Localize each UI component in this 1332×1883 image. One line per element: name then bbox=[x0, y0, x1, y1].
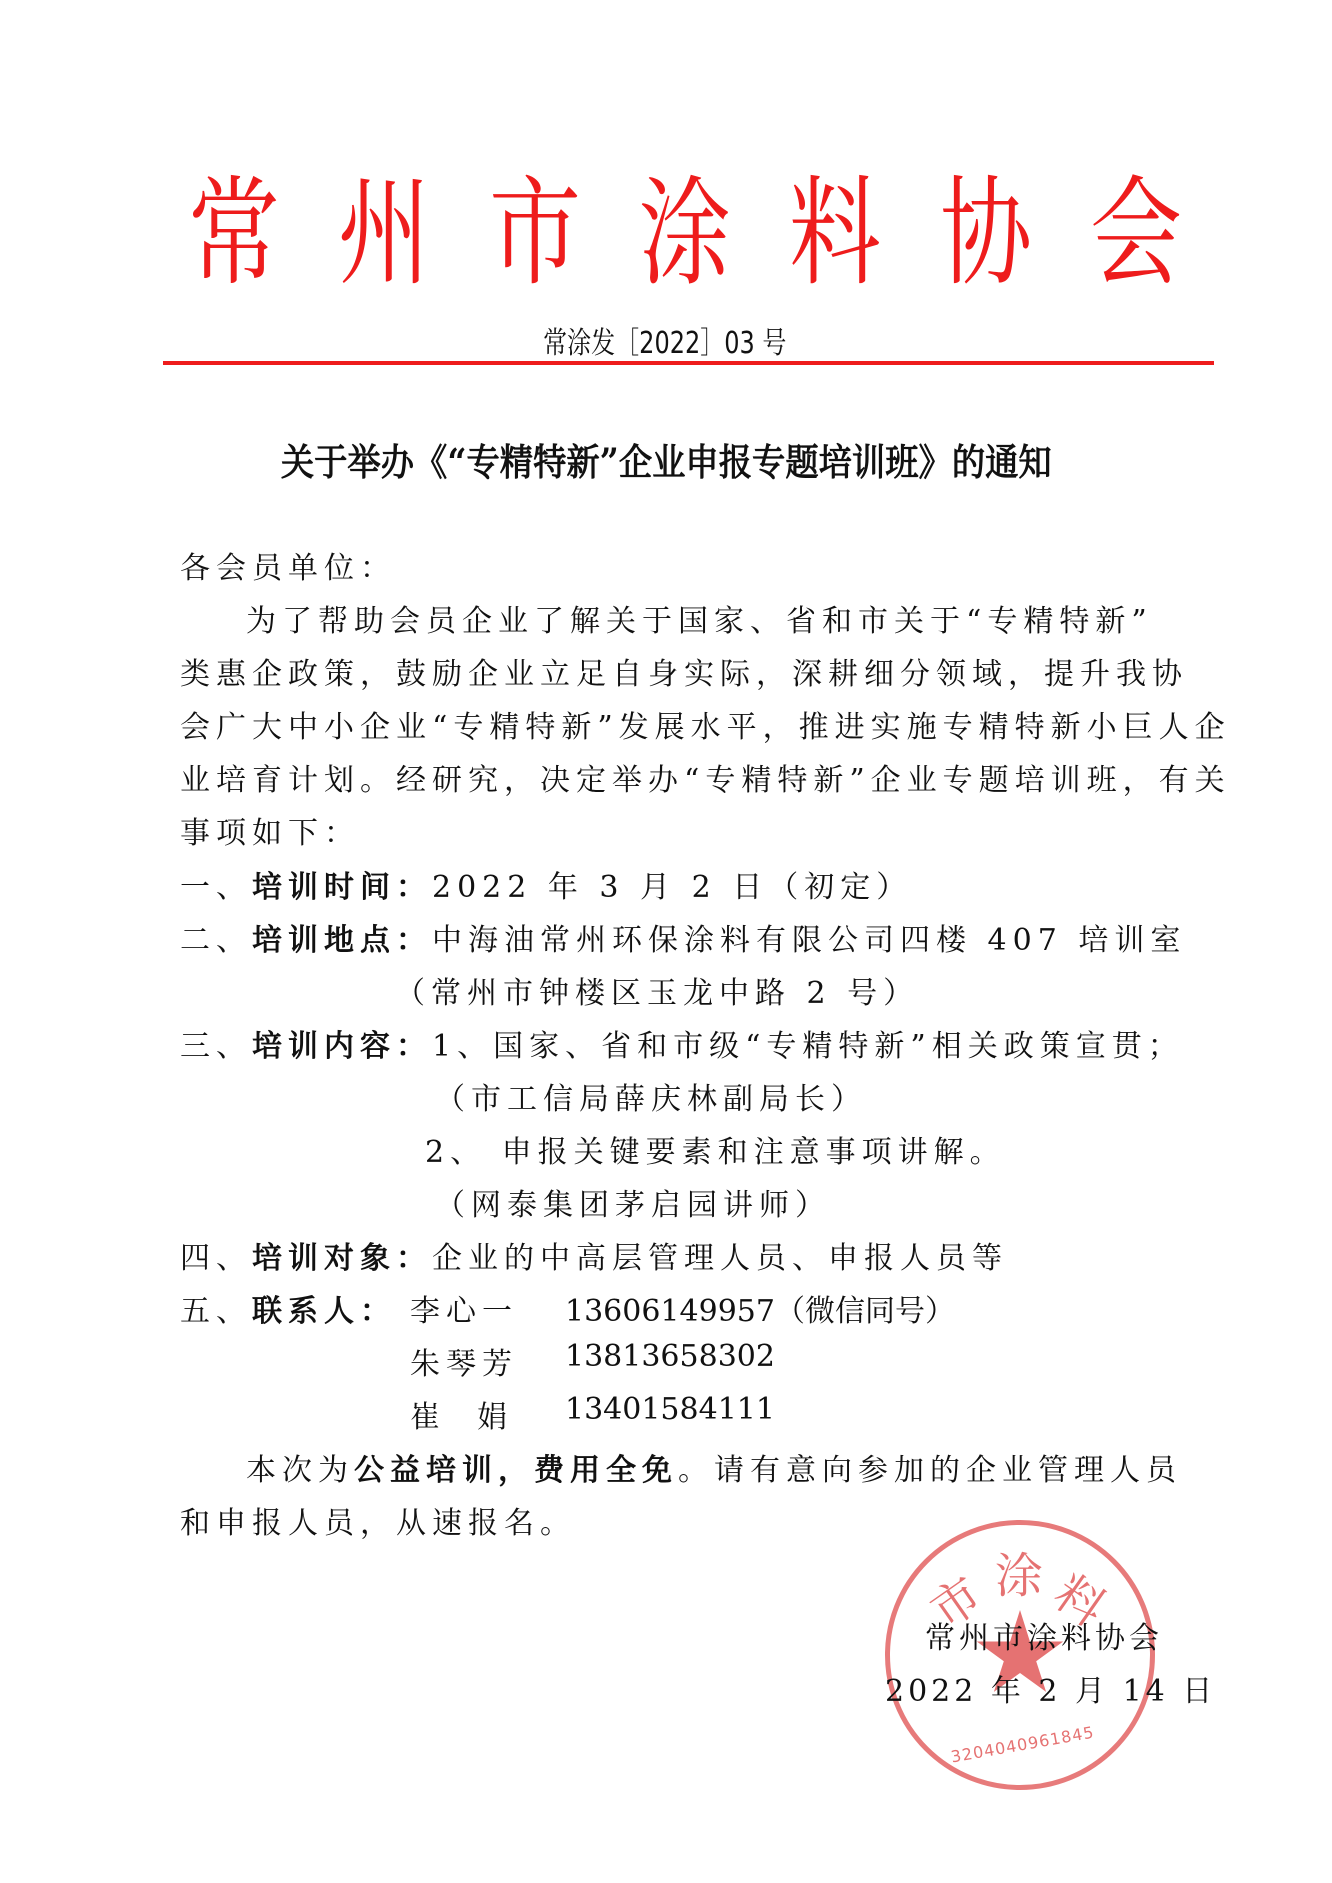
masthead-char: 协 bbox=[940, 174, 1032, 292]
item-prefix: 二、 bbox=[180, 923, 252, 958]
item-label: 培训地点： bbox=[252, 923, 432, 958]
closing-line: 本次为公益培训，费用全免。请有意向参加的企业管理人员 bbox=[246, 1445, 1182, 1489]
closing-line: 和申报人员，从速报名。 bbox=[180, 1498, 576, 1542]
contact-phone: 13606149957（微信同号） bbox=[565, 1286, 955, 1330]
item-place: 二、培训地点：中海油常州环保涂料有限公司四楼 407 培训室 bbox=[180, 915, 1186, 959]
item-label: 培训内容： bbox=[252, 1029, 432, 1064]
signature-date: 2022 年 2 月 14 日 bbox=[885, 1666, 1216, 1710]
item-value: 2022 年 3 月 2 日（初定） bbox=[432, 870, 912, 905]
content-speaker: （网泰集团茅启园讲师） bbox=[435, 1180, 831, 1224]
closing-emphasis: 公益培训，费用全免 bbox=[354, 1453, 678, 1488]
contact-phone: 13813658302 bbox=[565, 1339, 775, 1374]
item-prefix: 一、 bbox=[180, 870, 252, 905]
content-entry: 2、 申报关键要素和注意事项讲解。 bbox=[425, 1127, 1006, 1171]
item-prefix: 三、 bbox=[180, 1029, 252, 1064]
item-label: 培训时间： bbox=[252, 870, 432, 905]
notice-title: 关于举办《“专精特新”企业申报专题培训班》的通知 bbox=[0, 432, 1332, 486]
intro-line: 事项如下： bbox=[180, 808, 360, 852]
org-masthead: 常 州 市 涂 料 协 会 bbox=[175, 165, 1195, 300]
masthead-char: 料 bbox=[789, 174, 881, 292]
item-contacts: 五、联系人： bbox=[180, 1286, 396, 1330]
signature-org: 常州市涂料协会 bbox=[925, 1613, 1163, 1657]
salutation: 各会员单位： bbox=[180, 543, 396, 587]
intro-line: 类惠企政策，鼓励企业立足自身实际，深耕细分领域，提升我协 bbox=[180, 649, 1188, 693]
masthead-char: 常 bbox=[188, 174, 280, 292]
masthead-char: 市 bbox=[489, 174, 581, 292]
contact-name: 朱琴芳 bbox=[410, 1339, 518, 1383]
masthead-char: 涂 bbox=[639, 174, 731, 292]
item-time: 一、培训时间：2022 年 3 月 2 日（初定） bbox=[180, 862, 912, 906]
item-value: 中海油常州环保涂料有限公司四楼 407 培训室 bbox=[432, 923, 1186, 958]
item-label: 培训对象： bbox=[252, 1241, 432, 1276]
red-divider bbox=[163, 361, 1214, 365]
intro-line: 会广大中小企业“专精特新”发展水平，推进实施专精特新小巨人企 bbox=[180, 702, 1231, 746]
closing-text: 。请有意向参加的企业管理人员 bbox=[678, 1453, 1182, 1488]
document-number: 常涂发［2022］03 号 bbox=[132, 318, 1198, 362]
seal-text: 涂 bbox=[995, 1537, 1043, 1606]
content-speaker: （市工信局薛庆林副局长） bbox=[435, 1074, 867, 1118]
item-prefix: 四、 bbox=[180, 1241, 252, 1276]
contact-phone: 13401584111 bbox=[565, 1392, 775, 1427]
item-content: 三、培训内容：1、国家、省和市级“专精特新”相关政策宣贯； bbox=[180, 1021, 1184, 1065]
item-label: 联系人： bbox=[252, 1294, 396, 1329]
notice-title-text: 关于举办《“专精特新”企业申报专题培训班》的通知 bbox=[281, 432, 1052, 486]
masthead-char: 会 bbox=[1090, 174, 1182, 292]
contact-name: 崔 娟 bbox=[410, 1392, 513, 1436]
seal-code: 3204040961845 bbox=[949, 1723, 1095, 1767]
place-address: （常州市钟楼区玉龙中路 2 号） bbox=[395, 968, 919, 1012]
masthead-char: 州 bbox=[338, 174, 430, 292]
item-prefix: 五、 bbox=[180, 1294, 252, 1329]
closing-text: 本次为 bbox=[246, 1453, 354, 1488]
item-audience: 四、培训对象：企业的中高层管理人员、申报人员等 bbox=[180, 1233, 1008, 1277]
intro-line: 业培育计划。经研究，决定举办“专精特新”企业专题培训班，有关 bbox=[180, 755, 1231, 799]
item-value: 企业的中高层管理人员、申报人员等 bbox=[432, 1241, 1008, 1276]
contact-name: 李心一 bbox=[410, 1286, 518, 1330]
intro-line: 为了帮助会员企业了解关于国家、省和市关于“专精特新” bbox=[246, 596, 1153, 640]
content-entry: 1、国家、省和市级“专精特新”相关政策宣贯； bbox=[432, 1029, 1184, 1064]
